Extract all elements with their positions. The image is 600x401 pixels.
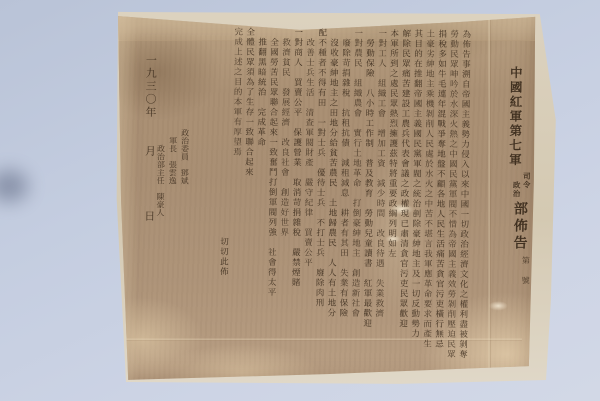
ink-layer: 中國紅軍第七軍 司令 政治 部佈告 第 號 為佈告事溯自帝國主義勢力侵入以來中國… (0, 0, 600, 401)
signature-columns: 政治委員 鄧斌 軍長 張雲逸 政治部主任 陳豪人 (150, 128, 191, 238)
signature-column: 軍長 張雲逸 (166, 128, 179, 238)
body-text-columns: 為佈告事溯自帝國主義勢力侵入以來中國一切政治經濟文化之權利盡被剝奪勞動民眾呻吟於… (214, 27, 472, 368)
signature-column: 政治委員 鄧斌 (178, 129, 191, 239)
title-annotation-headquarters: 司令 (521, 172, 532, 189)
title-column-tail: 部佈告 (509, 201, 530, 252)
title-annotation-political: 政治 (511, 181, 522, 198)
document-number: 第 號 (520, 256, 531, 286)
signature-column: 政治部主任 陳豪人 (154, 128, 167, 238)
document-photo: 中國紅軍第七軍 司令 政治 部佈告 第 號 為佈告事溯自帝國主義勢力侵入以來中國… (0, 0, 600, 401)
title-column-main: 中國紅軍第七軍 (505, 66, 524, 168)
